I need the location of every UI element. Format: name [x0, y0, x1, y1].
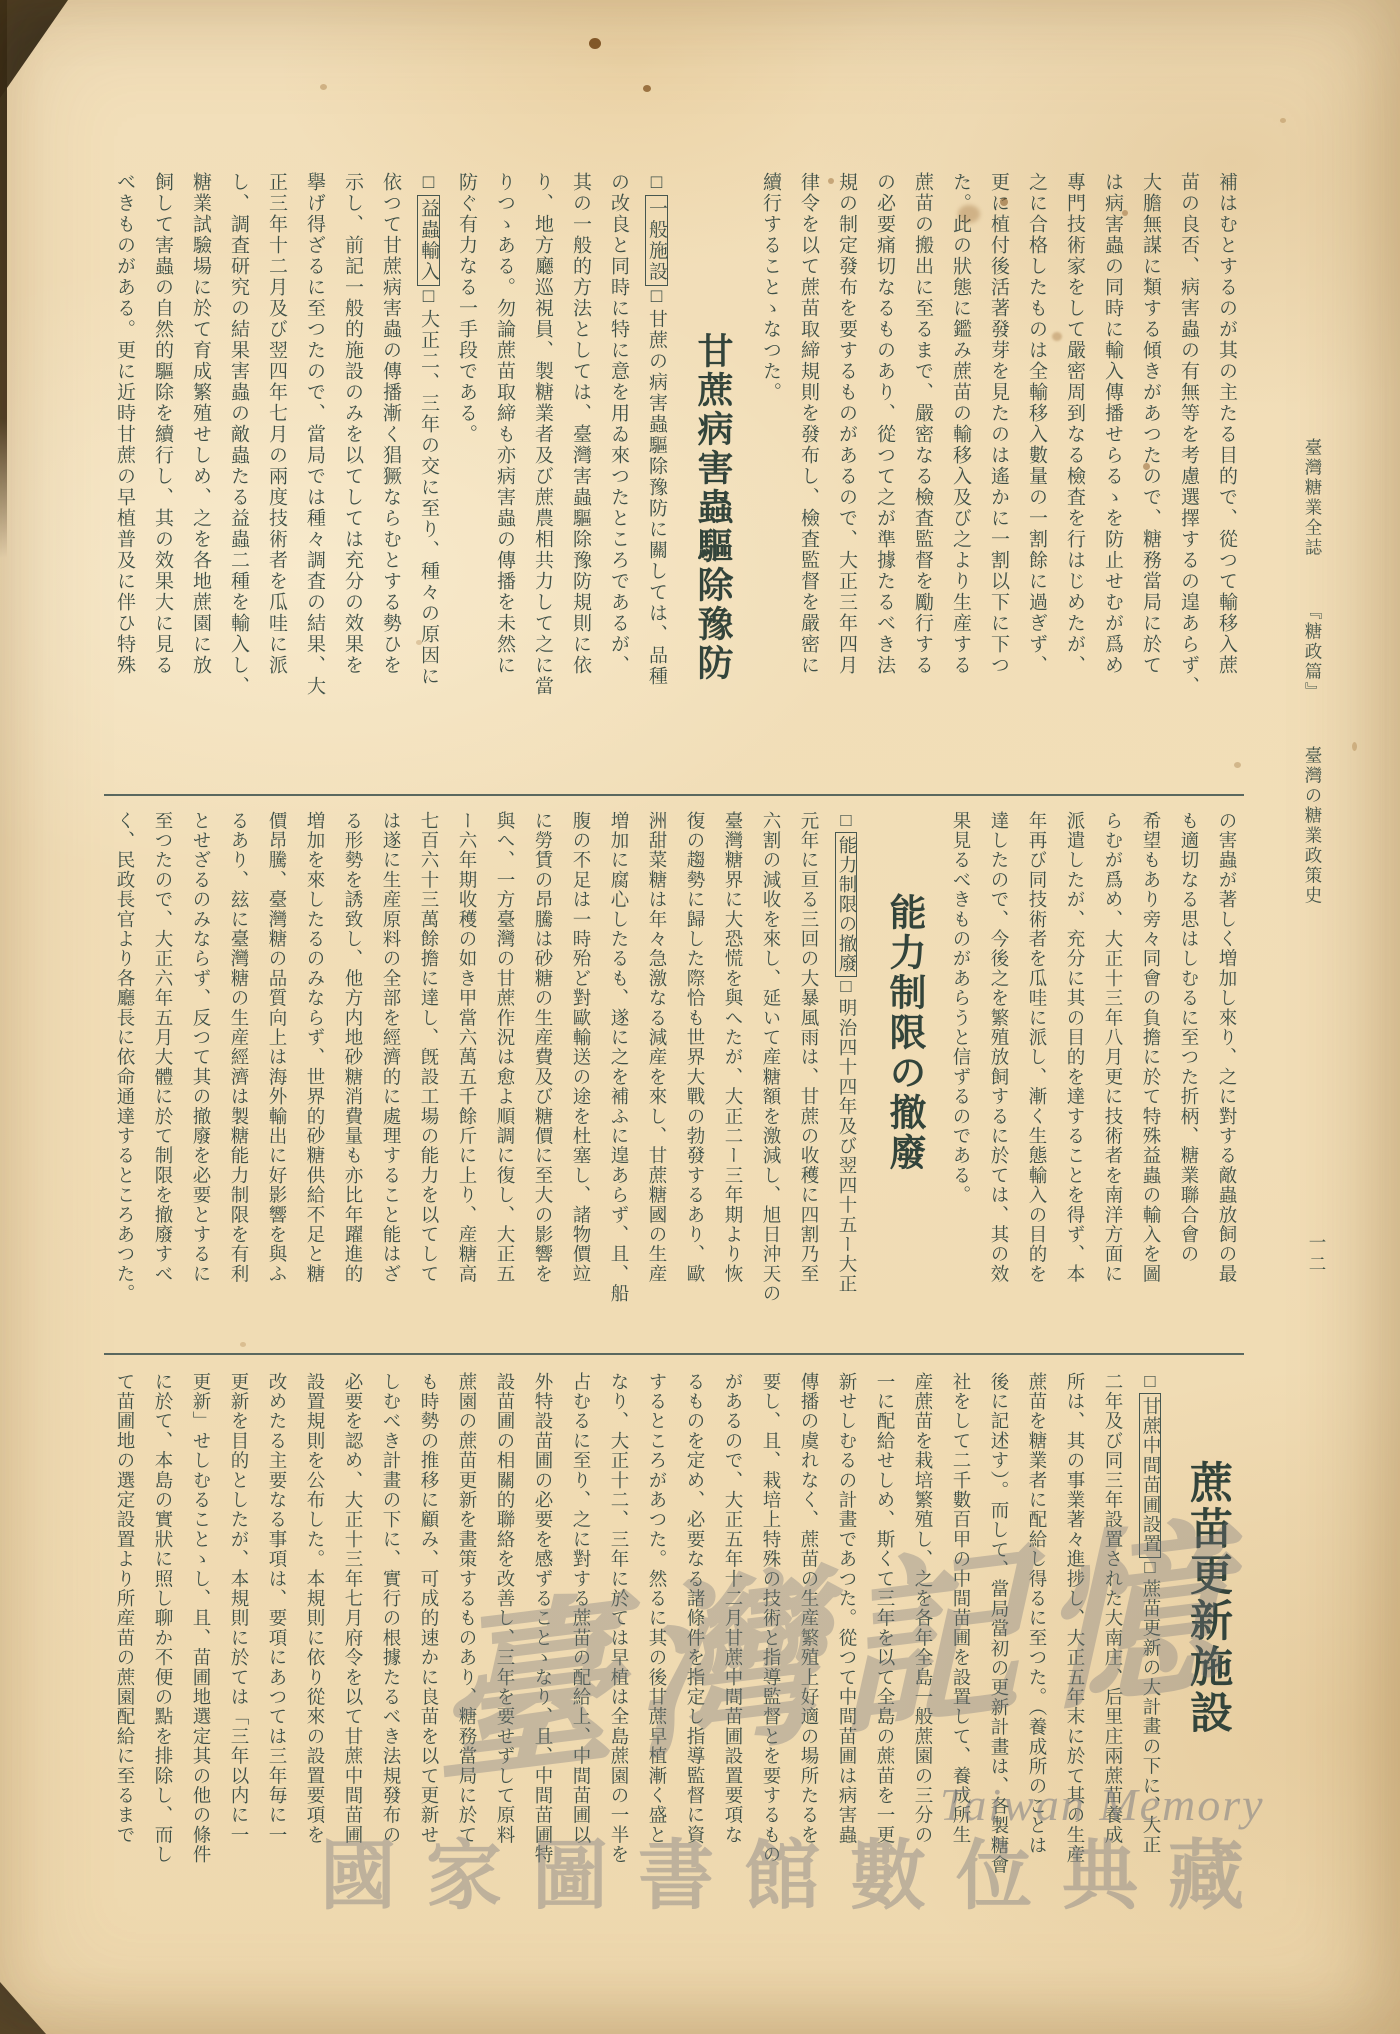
text-column: 價昂騰、臺灣糖の品質向上は海外輸出に好影響を與ふ [257, 811, 295, 1349]
header-gap [1313, 702, 1314, 746]
chapter-title: 臺灣の糖業政策史 [1303, 746, 1323, 906]
text-column: り、地方廳巡視員、製糖業者及び蔗農相共力して之に當 [523, 172, 561, 794]
text-column: □能力制限の撤廢□明治四十四年及び翌四十五ー大正 [827, 811, 865, 1349]
text-column: とせざるのみならず、反つて其の撤廢を必要とするに [181, 811, 219, 1349]
page-number: 一二 [1305, 1233, 1330, 1276]
text-column: 專門技術家をして嚴密周到なる檢査を行はじめたが、 [1055, 172, 1093, 794]
header-gap [1313, 558, 1314, 602]
text-column: 派遣したが、充分に其の目的を達することを得ず、本 [1055, 811, 1093, 1349]
text-column: □益蟲輸入□大正二、三年の交に至り、種々の原因に [409, 172, 447, 794]
text-column: 更に植付後活著發芽を見たのは遙かに一割以下に下つ [979, 172, 1017, 794]
text-column: 腹の不足は一時殆ど對歐輸送の途を杜塞し、諸物價竝 [561, 811, 599, 1349]
text-column: 依つて甘蔗病害蟲の傳播漸く猖獗ならむとする勢ひを [371, 172, 409, 794]
text-column: 蔗苗を糖業者に配給し得るに至つた。（養成所のことは [1017, 1372, 1055, 1940]
text-column: 二年及び同三年設置された大南庄、后里庄兩蔗苗養成 [1093, 1372, 1131, 1940]
scan-edge-left [0, 0, 7, 558]
text-column: するところがあつた。然るに其の後甘蔗早植漸く盛と [637, 1372, 675, 1940]
text-column: 蔗園の蔗苗更新を畫策するものあり、糖務當局に於て [447, 1372, 485, 1940]
text-column: の必要痛切なるものあり、從つて之が準據たるべき法 [865, 172, 903, 794]
text-column: らむが爲め、大正十三年八月更に技術者を南洋方面に [1093, 811, 1131, 1349]
text-column: 増加に腐心したるも、遂に之を補ふに遑あらず、且、船 [599, 811, 637, 1349]
text-column: 設苗圃の相關的聯絡を改善し、三年を要せずして原料 [485, 1372, 523, 1940]
scanned-book-page: 補はむとするのが其の主たる目的で、從つて輸移入蔗苗の良否、病害蟲の有無等を考慮選… [0, 0, 1400, 2034]
boxed-keyword: 一般施設 [645, 195, 668, 286]
book-title: 臺灣糖業全誌 [1303, 438, 1323, 558]
text-column: 更新」せしむることゝし、且、苗圃地選定其の他の條件 [181, 1372, 219, 1940]
text-column: 糖業試驗場に於て育成繁殖せしめ、之を各地蔗園に放 [181, 172, 219, 794]
text-column: 規の制定發布を要するものがあるので、大正三年四月 [827, 172, 865, 794]
section-title-seedling-renewal: 蔗苗更新施設 [1169, 1372, 1245, 1940]
text-column: 一に配給せしめ、斯くて三年を以て全島の蔗苗を一更 [865, 1372, 903, 1940]
text-column: 苗の良否、病害蟲の有無等を考慮選擇するの遑あらず、 [1169, 172, 1207, 794]
text-column: 補はむとするのが其の主たる目的で、從つて輸移入蔗 [1207, 172, 1245, 794]
text-column: 六割の減收を來し、延いて産糖額を激減し、旭日沖天の [751, 811, 789, 1349]
boxed-keyword: 甘蔗中間苗圃設置 [1139, 1393, 1161, 1558]
text-column: 示し、前記一般的施設のみを以てしては充分の效果を [333, 172, 371, 794]
text-column: 年再び同技術者を瓜哇に派し、漸く生態輸入の目的を [1017, 811, 1055, 1349]
part-title: 『糖政篇』 [1303, 602, 1323, 702]
text-column: るものを定め、必要なる諸條件を指定し指導監督に資 [675, 1372, 713, 1940]
aging-spot [1352, 742, 1357, 751]
text-column: 増加を來したるのみならず、世界的砂糖供給不足と糖 [295, 811, 333, 1349]
text-column: 必要を認め、大正十三年七月府令を以て甘蔗中間苗圃 [333, 1372, 371, 1940]
text-column: に勞賃の昂騰は砂糖の生産費及び糖價に至大の影響を [523, 811, 561, 1349]
band-middle: の害蟲が著しく増加し來り、之に對する敵蟲放飼の最も適切なる思はしむるに至つた折柄… [103, 811, 1245, 1349]
text-column: 律令を以て蔗苗取締規則を發布し、檢査監督を嚴密に [789, 172, 827, 794]
text-column: 新せしむるの計畫であつた。從つて中間苗圃は病害蟲 [827, 1372, 865, 1940]
text-column: 果見るべきものがあらうと信ずるのである。 [941, 811, 979, 1349]
text-column: 防ぐ有力なる一手段である。 [447, 172, 485, 794]
text-column: しむべき計畫の下に、實行の根據たるべき法規發布の [371, 1372, 409, 1940]
text-column: 至つたので、大正六年五月大體に於て制限を撤廢すべ [143, 811, 181, 1349]
boxed-keyword: 能力制限の撤廢 [835, 832, 857, 977]
band-bottom: 蔗苗更新施設□甘蔗中間苗圃設置□蔗苗更新の大計畫の下に、大正二年及び同三年設置さ… [103, 1372, 1245, 1940]
section-title-capacity-limit: 能力制限の撤廢 [865, 811, 941, 1349]
boxed-keyword: 益蟲輸入 [417, 195, 440, 286]
text-column: 占むるに至り、之に對する蔗苗の配給上、中間苗圃以 [561, 1372, 599, 1940]
aging-spot [320, 84, 327, 90]
text-column: 所は、其の事業著々進捗し、大正五年末に於て其の生産 [1055, 1372, 1093, 1940]
text-column: □一般施設□甘蔗の病害蟲驅除豫防に關しては、品種 [637, 172, 675, 794]
text-column: 擧げ得ざるに至つたので、當局では種々調査の結果、大 [295, 172, 333, 794]
aging-spot [643, 85, 651, 92]
divider-line-2 [104, 1353, 1244, 1355]
text-column: 要し、且、栽培上特殊の技術と指導監督とを要するもの [751, 1372, 789, 1940]
text-column: 設置規則を公布した。本規則に依り從來の設置要項を [295, 1372, 333, 1940]
text-column: 大膽無謀に類する傾きがあつたので、糖務當局に於て [1131, 172, 1169, 794]
text-column: 更新を目的としたが、本規則に於ては「三年以内に一 [219, 1372, 257, 1940]
aging-spot [1280, 118, 1286, 123]
text-column: は病害蟲の同時に輸入傳播せらるゝを防止せむが爲め [1093, 172, 1131, 794]
text-column: るあり、玆に臺灣糖の生産經濟は製糖能力制限を有利 [219, 811, 257, 1349]
text-column: 正三年十二月及び翌四年七月の兩度技術者を瓜哇に派 [257, 172, 295, 794]
text-column: 達したので、今後之を繁殖放飼するに於ては、其の效 [979, 811, 1017, 1349]
text-column: も適切なる思はしむるに至つた折柄、糖業聯合會の [1169, 811, 1207, 1349]
text-column: □甘蔗中間苗圃設置□蔗苗更新の大計畫の下に、大正 [1131, 1372, 1169, 1940]
text-column: し、調査研究の結果害蟲の敵蟲たる益蟲二種を輸入し、 [219, 172, 257, 794]
text-column: りつゝある。勿論蔗苗取締も亦病害蟲の傳播を未然に [485, 172, 523, 794]
text-column: 其の一般的方法としては、臺灣害蟲驅除豫防規則に依 [561, 172, 599, 794]
text-column: に於て、本島の實狀に照し聊か不便の點を排除し、而し [143, 1372, 181, 1940]
divider-line-1 [104, 794, 1244, 796]
text-column: 社をして二千數百甲の中間苗圃を設置して、養成所生 [941, 1372, 979, 1940]
aging-spot [589, 38, 601, 49]
text-column: 希望もあり旁々同會の負擔に於て特殊益蟲の輸入を圖 [1131, 811, 1169, 1349]
text-column: ー六年期收穫の如き甲當六萬五千餘斤に上り、産糖高 [447, 811, 485, 1349]
text-column: 臺灣糖界に大恐慌を與へたが、大正二ー三年期より恢 [713, 811, 751, 1349]
section-title-pest-control: 甘蔗病害蟲驅除豫防 [675, 172, 751, 794]
text-column: も時勢の推移に顧み、可成的速かに良苗を以て更新せ [409, 1372, 447, 1940]
text-column: る形勢を誘致し、他方内地砂糖消費量も亦比年躍進的 [333, 811, 371, 1349]
text-column: 續行することゝなつた。 [751, 172, 789, 794]
text-column: 之に合格したものは全輸移入數量の一割餘に過ぎず、 [1017, 172, 1055, 794]
text-column: 飼して害蟲の自然的驅除を續行し、其の效果大に見る [143, 172, 181, 794]
text-column: 外特設苗圃の必要を感ずることゝなり、且、中間苗圃特 [523, 1372, 561, 1940]
text-column: は遂に生産原料の全部を經濟的に處理すること能はざ [371, 811, 409, 1349]
scan-corner-top-left [0, 0, 68, 98]
text-column: の害蟲が著しく増加し來り、之に對する敵蟲放飼の最 [1207, 811, 1245, 1349]
text-column: 七百六十三萬餘擔に達し、旣設工場の能力を以てして [409, 811, 447, 1349]
text-column: て苗圃地の選定設置より所産苗の蔗園配給に至るまで [105, 1372, 143, 1940]
text-column: 改めたる主要なる事項は、要項にあつては三年毎に一 [257, 1372, 295, 1940]
text-column: があるので、大正五年十二月甘蔗中間苗圃設置要項な [713, 1372, 751, 1940]
text-column: なり、大正十二、三年に於ては早植は全島蔗園の一半を [599, 1372, 637, 1940]
band-top: 補はむとするのが其の主たる目的で、從つて輸移入蔗苗の良否、病害蟲の有無等を考慮選… [103, 172, 1245, 794]
text-column: た。此の狀態に鑑み蔗苗の輸移入及び之より生産する [941, 172, 979, 794]
text-column: の改良と同時に特に意を用ゐ來つたところであるが、 [599, 172, 637, 794]
text-column: 與へ、一方臺灣の甘蔗作況は愈よ順調に復し、大正五 [485, 811, 523, 1349]
text-column: く、民政長官より各廳長に依命通達するところあつた。 [105, 811, 143, 1349]
text-column: 傳播の虞れなく、蔗苗の生産繁殖上好適の場所たるを [789, 1372, 827, 1940]
text-column: べきものがある。更に近時甘蔗の早植普及に伴ひ特殊 [105, 172, 143, 794]
text-column: 後に記述す）。而して、當局當初の更新計畫は、各製糖會 [979, 1372, 1017, 1940]
text-column: 洲甜菜糖は年々急激なる減産を來し、甘蔗糖國の生産 [637, 811, 675, 1349]
scan-corner-bottom-left [0, 1982, 46, 2034]
text-column: 産蔗苗を栽培繁殖し、之を各年全島一般蔗園の三分の [903, 1372, 941, 1940]
text-column: 蔗苗の搬出に至るまで、嚴密なる檢査監督を勵行する [903, 172, 941, 794]
text-column: 元年に亘る三回の大暴風雨は、甘蔗の收穫に四割乃至 [789, 811, 827, 1349]
margin-header: 臺灣糖業全誌『糖政篇』臺灣の糖業政策史 [1301, 438, 1326, 1198]
text-column: 復の趨勢に歸した際恰も世界大戰の勃發するあり、歐 [675, 811, 713, 1349]
